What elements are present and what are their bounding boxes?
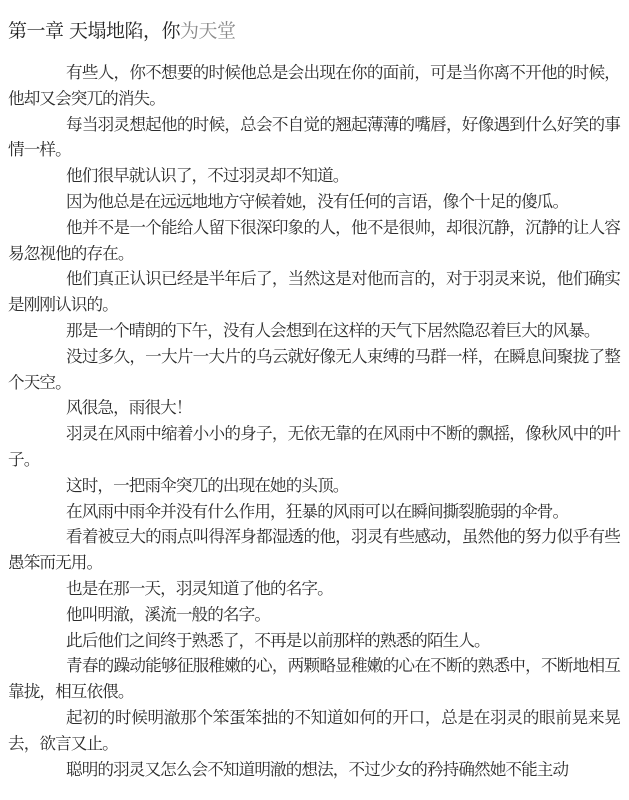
paragraph: 此后他们之间终于熟悉了，不再是以前那样的熟悉的陌生人。 bbox=[8, 628, 620, 654]
paragraph: 羽灵在风雨中缩着小小的身子，无依无靠的在风雨中不断的飘摇，像秋风中的叶子。 bbox=[8, 421, 620, 473]
paragraph: 也是在那一天，羽灵知道了他的名字。 bbox=[8, 576, 620, 602]
paragraph: 因为他总是在远远地地方守候着她，没有任何的言语，像个十足的傻瓜。 bbox=[8, 189, 620, 215]
paragraph: 每当羽灵想起他的时候，总会不自觉的翘起薄薄的嘴唇，好像遇到什么好笑的事情一样。 bbox=[8, 112, 620, 164]
paragraph: 他叫明澈，溪流一般的名字。 bbox=[8, 602, 620, 628]
chapter-title: 第一章 天塌地陷，你为天堂 bbox=[8, 18, 620, 44]
paragraph: 起初的时候明澈那个笨蛋笨拙的不知道如何的开口，总是在羽灵的眼前晃来晃去，欲言又止… bbox=[8, 705, 620, 757]
chapter-title-faded: 为天堂 bbox=[180, 20, 236, 42]
paragraph: 在风雨中雨伞并没有什么作用，狂暴的风雨可以在瞬间撕裂脆弱的伞骨。 bbox=[8, 499, 620, 525]
paragraph: 聪明的羽灵又怎么会不知道明澈的想法，不过少女的矜持确然她不能主动 bbox=[8, 757, 620, 783]
chapter-body: 有些人，你不想要的时候他总是会出现在你的面前，可是当你离不开他的时候，他却又会突… bbox=[8, 60, 620, 782]
paragraph: 看着被豆大的雨点叫得浑身都湿透的他，羽灵有些感动，虽然他的努力似乎有些愚笨而无用… bbox=[8, 524, 620, 576]
paragraph: 没过多久，一大片一大片的乌云就好像无人束缚的马群一样，在瞬息间聚拢了整个天空。 bbox=[8, 344, 620, 396]
paragraph: 他们很早就认识了，不过羽灵却不知道。 bbox=[8, 163, 620, 189]
paragraph: 他并不是一个能给人留下很深印象的人，他不是很帅，却很沉静，沉静的让人容易忽视他的… bbox=[8, 215, 620, 267]
paragraph: 这时，一把雨伞突兀的出现在她的头顶。 bbox=[8, 473, 620, 499]
paragraph: 那是一个晴朗的下午，没有人会想到在这样的天气下居然隐忍着巨大的风暴。 bbox=[8, 318, 620, 344]
paragraph: 他们真正认识已经是半年后了，当然这是对他而言的，对于羽灵来说，他们确实是刚刚认识… bbox=[8, 266, 620, 318]
paragraph: 风很急，雨很大！ bbox=[8, 395, 620, 421]
document-page: 第一章 天塌地陷，你为天堂 有些人，你不想要的时候他总是会出现在你的面前，可是当… bbox=[8, 18, 620, 782]
paragraph: 青春的躁动能够征服稚嫩的心，两颗略显稚嫩的心在不断的熟悉中，不断地相互靠拢，相互… bbox=[8, 653, 620, 705]
paragraph: 有些人，你不想要的时候他总是会出现在你的面前，可是当你离不开他的时候，他却又会突… bbox=[8, 60, 620, 112]
chapter-title-main: 第一章 天塌地陷，你 bbox=[8, 20, 180, 42]
